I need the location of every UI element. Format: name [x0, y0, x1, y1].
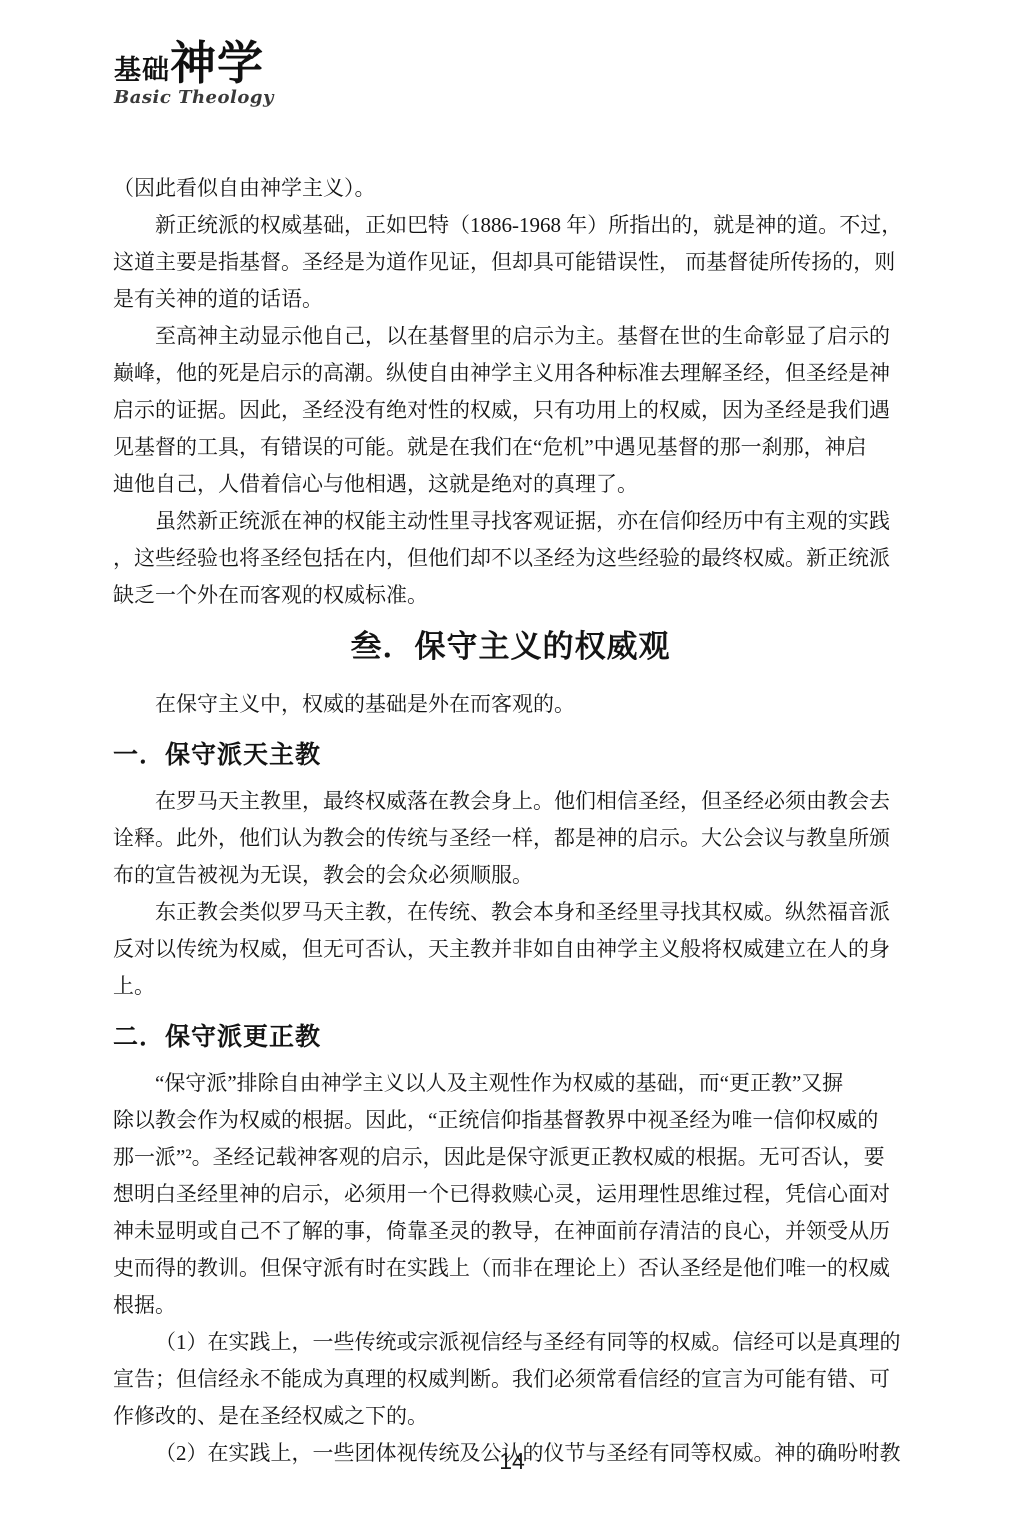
paragraph-revelation-in-christ: 至高神主动显示他自己，以在基督里的启示为主。基督在世的生命彰显了启示的 巅峰，他…	[113, 318, 908, 503]
page-body: （因此看似自由神学主义）。 新正统派的权威基础，正如巴特（1886-1968 年…	[113, 170, 908, 1472]
paragraph-orthodox-church: 东正教会类似罗马天主教，在传统、教会本身和圣经里寻找其权威。纵然福音派 反对以传…	[113, 894, 908, 1005]
section-heading-conservative-authority: 叁．保守主义的权威观	[113, 627, 908, 667]
book-logo: 基础神学 Basic Theology	[114, 40, 274, 108]
paragraph-catholic-authority: 在罗马天主教里，最终权威落在教会身上。他们相信圣经，但圣经必须由教会去 诠释。此…	[113, 783, 908, 894]
paragraph-neo-orthodox-critique: 虽然新正统派在神的权能主动性里寻找客观证据，亦在信仰经历中有主观的实践 ，这些经…	[113, 503, 908, 614]
book-logo-chinese-title: 基础神学	[114, 40, 274, 86]
paragraph-previous-page-tail: （因此看似自由神学主义）。	[113, 170, 908, 207]
page-number: 14	[0, 1448, 1024, 1475]
logo-title-large: 神学	[170, 40, 264, 86]
book-page: 基础神学 Basic Theology （因此看似自由神学主义）。 新正统派的权…	[0, 0, 1024, 1530]
subsection-heading-conservative-protestant: 二．保守派更正教	[113, 1021, 908, 1053]
paragraph-point-1: （1）在实践上，一些传统或宗派视信经与圣经有同等的权威。信经可以是真理的 宣告；…	[113, 1324, 908, 1435]
paragraph-neo-orthodox-basis: 新正统派的权威基础，正如巴特（1886-1968 年）所指出的，就是神的道。不过…	[113, 207, 908, 318]
subsection-heading-conservative-catholic: 一．保守派天主教	[113, 739, 908, 771]
book-logo-english-subtitle: Basic Theology	[114, 87, 274, 108]
paragraph-conservatism-intro: 在保守主义中，权威的基础是外在而客观的。	[113, 686, 908, 723]
logo-title-small: 基础	[114, 57, 170, 86]
paragraph-protestant-authority: “保守派”排除自由神学主义以人及主观性作为权威的基础，而“更正教”又摒 除以教会…	[113, 1065, 908, 1324]
